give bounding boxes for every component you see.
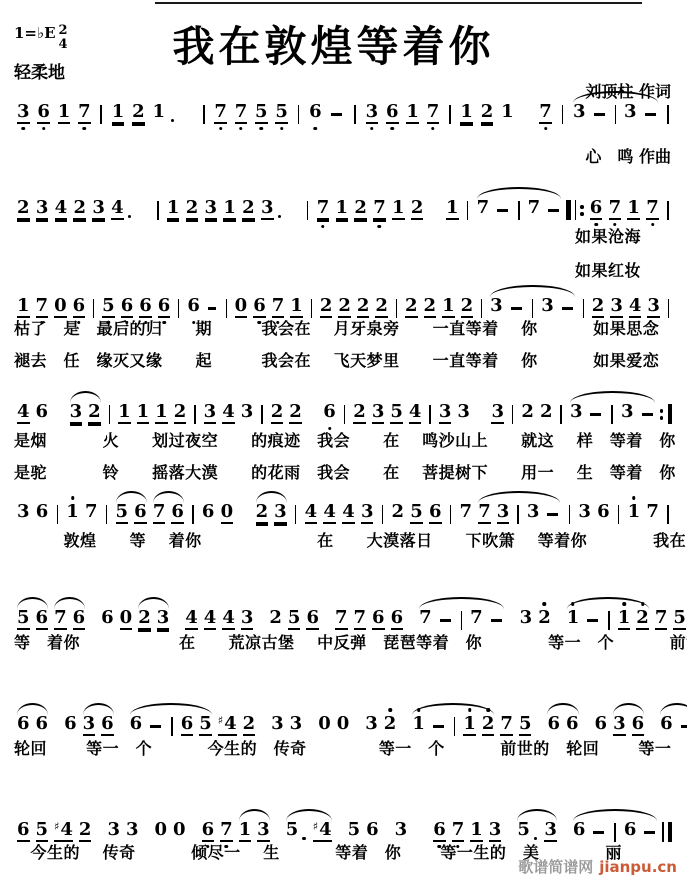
note: 3 [610,297,623,318]
note: 1 [628,503,641,524]
note: 6 [253,297,266,318]
note: ♯4 [218,715,237,736]
note: 6 [64,715,77,736]
note: 4 [222,403,235,424]
barline [109,405,110,424]
note: 3 [457,403,470,424]
site-footer: 歌谱简谱网jianpu.cn [518,856,677,877]
note: 1 [137,403,150,424]
note: 1 [501,103,514,124]
note: 4 [323,503,336,524]
note: 3 [497,503,510,524]
note: 6 [187,297,200,318]
lyrics-row: 是烟 火 划过夜空 的痕迹 我会 在 鸣沙山上 就这 样 等着 你 [14,428,676,451]
note: 3 [365,715,378,736]
duration-dash [433,725,444,728]
spacer [236,523,252,524]
note: 7 [609,199,622,220]
duration-dash [547,513,558,516]
repeat-begin [564,200,586,220]
note: 4 [17,403,30,424]
repeat-thin-bar [575,200,577,220]
barline [194,405,195,424]
key-text: 1=♭E [14,24,56,42]
note: 2 [256,503,269,524]
note: 6 [130,715,143,736]
note: 7 [36,297,49,318]
spacer [286,219,302,220]
note: 3 [578,503,591,524]
slur-group: 77 [474,199,565,220]
slur-group: 33 [487,297,578,318]
lyrics-row: 枯了 是 最后的归 期 我会在 月牙泉旁 一直等着 你 如果思念 [14,316,659,339]
slur-group: 36 [80,715,117,736]
note: 3 [241,403,254,424]
note: 7 [655,609,668,630]
barline [449,105,451,124]
note: 2 [242,199,255,220]
barline [298,105,300,124]
note: 4 [111,199,124,220]
slur-group: 56 [14,609,51,630]
note: 5 [17,609,30,630]
note: 3 [70,403,83,424]
note: 3 [570,403,583,424]
note: 6 [366,821,379,842]
note: 7 [459,503,472,524]
note: 6 [573,821,586,842]
barline [611,405,613,424]
top-rule [155,2,642,4]
note: 5 [255,103,268,124]
note: 1 [470,821,483,842]
note: 0 [155,821,168,842]
meter-denominator: 4 [59,38,68,52]
note: 2 [424,297,437,318]
note: 3 [107,821,120,842]
note: 4 [185,609,198,630]
note: 2 [538,609,551,630]
barline [668,299,669,318]
note: 5 [102,297,115,318]
note: 2 [353,403,366,424]
note: 1 [463,715,476,736]
spacer [136,219,152,220]
note: 2 [88,403,101,424]
note: 7 [500,715,513,736]
note: 3 [544,821,557,842]
note: 0 [318,715,331,736]
slur-group: 56 [113,503,150,524]
note: 0 [173,821,186,842]
note: 6 [134,503,147,524]
note: 7 [220,821,233,842]
note: 7 [235,103,248,124]
slur-group: 66 [544,715,581,736]
sharp-accidental: ♯ [313,820,318,833]
slur-group: 112 [564,609,652,630]
repeat-end [658,404,675,424]
note: 2 [132,103,145,124]
note: 6 [566,715,579,736]
note: 6 [101,715,114,736]
note: 2 [357,297,370,318]
barline [261,405,262,424]
note: 5 [275,103,288,124]
barline [106,505,108,524]
note: 1 [406,103,419,124]
barline [461,611,463,630]
slur-group: 53 [514,821,560,842]
duration-dash [331,113,342,116]
note: 1 [618,609,631,630]
note: ♯4 [313,821,332,842]
spacer [51,423,67,424]
note: 4 [55,199,68,220]
duration-dash [644,831,655,834]
note: 6 [158,297,171,318]
note: 5 [519,715,532,736]
note: 5 [36,821,49,842]
slur-group: 665 [127,715,215,736]
note: 0 [337,715,350,736]
duration-dash [562,307,573,310]
note: 2 [289,403,302,424]
barline [560,405,561,424]
note: 5 [517,821,530,842]
meter-numerator: 2 [59,24,68,38]
lyrics-row: 等 着你 在 荒凉古堡 中反弹 琵琶等着 你 等一 个 前世的 [14,630,687,653]
note: 0 [235,297,248,318]
note: 3 [520,609,533,630]
duration-dash [497,209,508,212]
note: 6 [139,297,152,318]
note: 3 [439,403,452,424]
lyrics-row: 褪去 任 缘灭又缘 起 我会在 飞天梦里 一直等着 你 如果爱恋 [14,348,659,371]
note: 2 [521,403,534,424]
note: 2 [461,297,474,318]
slur-group: 5♯4 [283,821,335,842]
note: 6 [73,297,86,318]
barline [429,405,430,424]
note: 6 [73,609,86,630]
note: 6 [391,609,404,630]
barline [618,505,620,524]
note: 6 [171,503,184,524]
note: 7 [214,103,227,124]
note: 3 [271,715,284,736]
note: 0 [221,503,234,524]
augmentation-dot [278,215,282,219]
barline [454,717,456,736]
note: 3 [17,103,30,124]
note: 3 [624,103,637,124]
note: 2 [636,609,649,630]
slur-group: 23 [253,503,290,524]
barline [569,505,571,524]
composer-credit: 心 鸣 作曲 [585,146,671,168]
credits: 刘顶柱 作词 心 鸣 作曲 [585,38,671,211]
note: 6 [17,821,30,842]
note: 1 [155,403,168,424]
slur-group: 36 [610,715,647,736]
duration-dash [440,619,451,622]
note: 6 [590,199,603,220]
note: 7 [478,503,491,524]
note: 3 [241,609,254,630]
spacer [518,123,534,124]
note: 1 [239,821,252,842]
note: 6 [181,715,194,736]
note: 3 [126,821,139,842]
slur-group: 77 [416,609,507,630]
barline [615,105,617,124]
barline [562,105,564,124]
slur-group: 76 [150,503,187,524]
note: 6 [386,103,399,124]
note: 7 [78,103,91,124]
note: 1 [290,297,303,318]
note: 3 [261,199,274,220]
note: 4 [305,503,318,524]
sharp-accidental: ♯ [54,820,59,833]
site-link[interactable]: jianpu.cn [599,858,677,876]
spacer [427,219,443,220]
music-line: 5676602344432567766773211275 [14,606,674,630]
note: 3 [573,103,586,124]
site-name: 歌谱简谱网 [518,858,593,876]
slur-group: 733 [475,503,563,524]
note: 7 [470,609,483,630]
barline [100,105,102,124]
note: 6 [372,609,385,630]
note: 2 [338,297,351,318]
note: 1 [412,715,425,736]
barline [307,201,309,220]
note: 2 [79,821,92,842]
time-signature: 2 4 [59,24,68,51]
note: 1 [627,199,640,220]
slur-group: 23 [135,609,172,630]
note: 1 [336,199,349,220]
note: 7 [153,503,166,524]
slur-group: 112 [409,715,497,736]
music-line: 66636665♯4233003211275666366 [14,712,674,736]
duration-dash [548,209,559,212]
note: 2 [73,199,86,220]
augmentation-dot [171,119,175,123]
duration-dash [681,725,687,728]
note: 6 [36,609,49,630]
final-thick-bar [668,822,673,842]
note: 2 [271,403,284,424]
note: 6 [101,609,114,630]
lyrics-row: 是驼 铃 摇落大漠 的花雨 我会 在 菩提树下 用一 生 等着 你 [14,460,676,483]
note: 2 [320,297,333,318]
lyrics-row: 如果红妆 [575,258,641,281]
note: 2 [481,103,494,124]
lyrics-row: 轮回 等一 个 今生的 传奇 等一 个 前世的 轮回 等一 个 [14,736,687,759]
barline [450,505,452,524]
note: 6 [323,403,336,424]
note: 1 [58,103,71,124]
slur-group: 13 [236,821,273,842]
barline [344,405,345,424]
note: 1 [152,103,165,124]
note: 2 [391,503,404,524]
note: 2 [482,715,495,736]
music-line: 361756766023444325677333617 [14,500,674,524]
duration-dash [150,725,161,728]
note: 3 [489,821,502,842]
note: 4 [409,403,422,424]
tempo-marking: 轻柔地 [14,58,65,83]
note: 4 [222,609,235,630]
barline [157,201,159,220]
note: 6 [433,821,446,842]
barline [203,105,205,124]
slur-group: 66 [14,715,51,736]
music-line: 65♯42330067135♯456367135366 [14,818,674,842]
note: 6 [660,715,673,736]
note: 3 [613,715,626,736]
key-signature: 1=♭E 2 4 [14,24,68,51]
barline [518,201,520,220]
note: 6 [36,715,49,736]
note: 1 [223,199,236,220]
note: 2 [405,297,418,318]
note: 1 [460,103,473,124]
duration-dash [594,113,605,116]
barline [667,201,669,220]
note: 2 [269,609,282,630]
final-barline [660,822,674,842]
slur-group: 6 [657,715,687,736]
note: 3 [491,403,504,424]
note: 5 [410,503,423,524]
note: 2 [174,403,187,424]
note: 7 [335,609,348,630]
note: 6 [309,103,322,124]
note: 3 [361,503,374,524]
barline [57,505,59,524]
note: 3 [83,715,96,736]
note: 2 [17,199,30,220]
note: 3 [204,403,217,424]
note: 3 [157,609,170,630]
note: 1 [17,297,30,318]
duration-dash [587,619,598,622]
lyrics-row: 敦煌 等 着你 在 大漠落日 下吹箫 等着你 我在 敦煌我 [14,528,687,551]
note: 1 [118,403,131,424]
repeat-dots [660,405,664,424]
note: 7 [539,103,552,124]
barline [171,717,173,736]
note: 4 [204,609,217,630]
note: 2 [384,715,397,736]
note: 7 [646,199,659,220]
note: 1 [442,297,455,318]
note: 3 [257,821,270,842]
note: 3 [205,199,218,220]
note: 6 [202,503,215,524]
note: 1 [446,199,459,220]
repeat-thick-bar [668,404,673,424]
note: 6 [121,297,134,318]
note: 7 [452,821,465,842]
note: 3 [527,503,540,524]
final-thin-bar [662,822,664,842]
note: 7 [427,103,440,124]
note: 3 [621,403,634,424]
barline [608,611,610,630]
note: 7 [85,503,98,524]
note: 3 [36,199,49,220]
music-line: 170656666067122222212332343 [14,294,674,318]
barline [295,505,297,524]
note: 6 [429,503,442,524]
note: 5 [116,503,129,524]
note: 0 [120,609,133,630]
duration-dash [491,619,502,622]
note: 3 [290,715,303,736]
note: 3 [274,503,287,524]
note: 1 [167,199,180,220]
note: 3 [17,503,30,524]
note: 2 [375,297,388,318]
barline [512,405,513,424]
note: 1 [112,103,125,124]
note: 2 [354,199,367,220]
note: 6 [632,715,645,736]
note: 2 [186,199,199,220]
note: 3 [366,103,379,124]
barline [467,201,469,220]
note: 1 [567,609,580,630]
music-line: 4632111234322623543332233 [14,400,674,424]
note: 6 [624,821,637,842]
note: 0 [54,297,67,318]
duration-dash [208,307,216,310]
note: 7 [477,199,490,220]
slur-group: 32 [67,403,104,424]
spacer [305,423,321,424]
note: 2 [540,403,553,424]
note: 1 [66,503,79,524]
barline [354,105,356,124]
note: 6 [36,503,49,524]
duration-dash [642,413,653,416]
note: 7 [317,199,330,220]
note: 3 [395,821,408,842]
note: 1 [392,199,405,220]
score-title: 我在敦煌等着你 [110,14,557,74]
spacer [473,423,489,424]
note: 2 [411,199,424,220]
barline [667,105,669,124]
note: 5 [286,821,299,842]
music-line: 3617121775563617121733 [14,100,674,124]
note: 5 [673,609,686,630]
note: ♯4 [54,821,73,842]
barline [382,505,384,524]
slur-group: 66 [570,821,661,842]
note: 6 [202,821,215,842]
note: 3 [92,199,105,220]
note: 2 [138,609,151,630]
lyrics-row: 如果沧海 [575,224,641,247]
spacer [180,123,196,124]
